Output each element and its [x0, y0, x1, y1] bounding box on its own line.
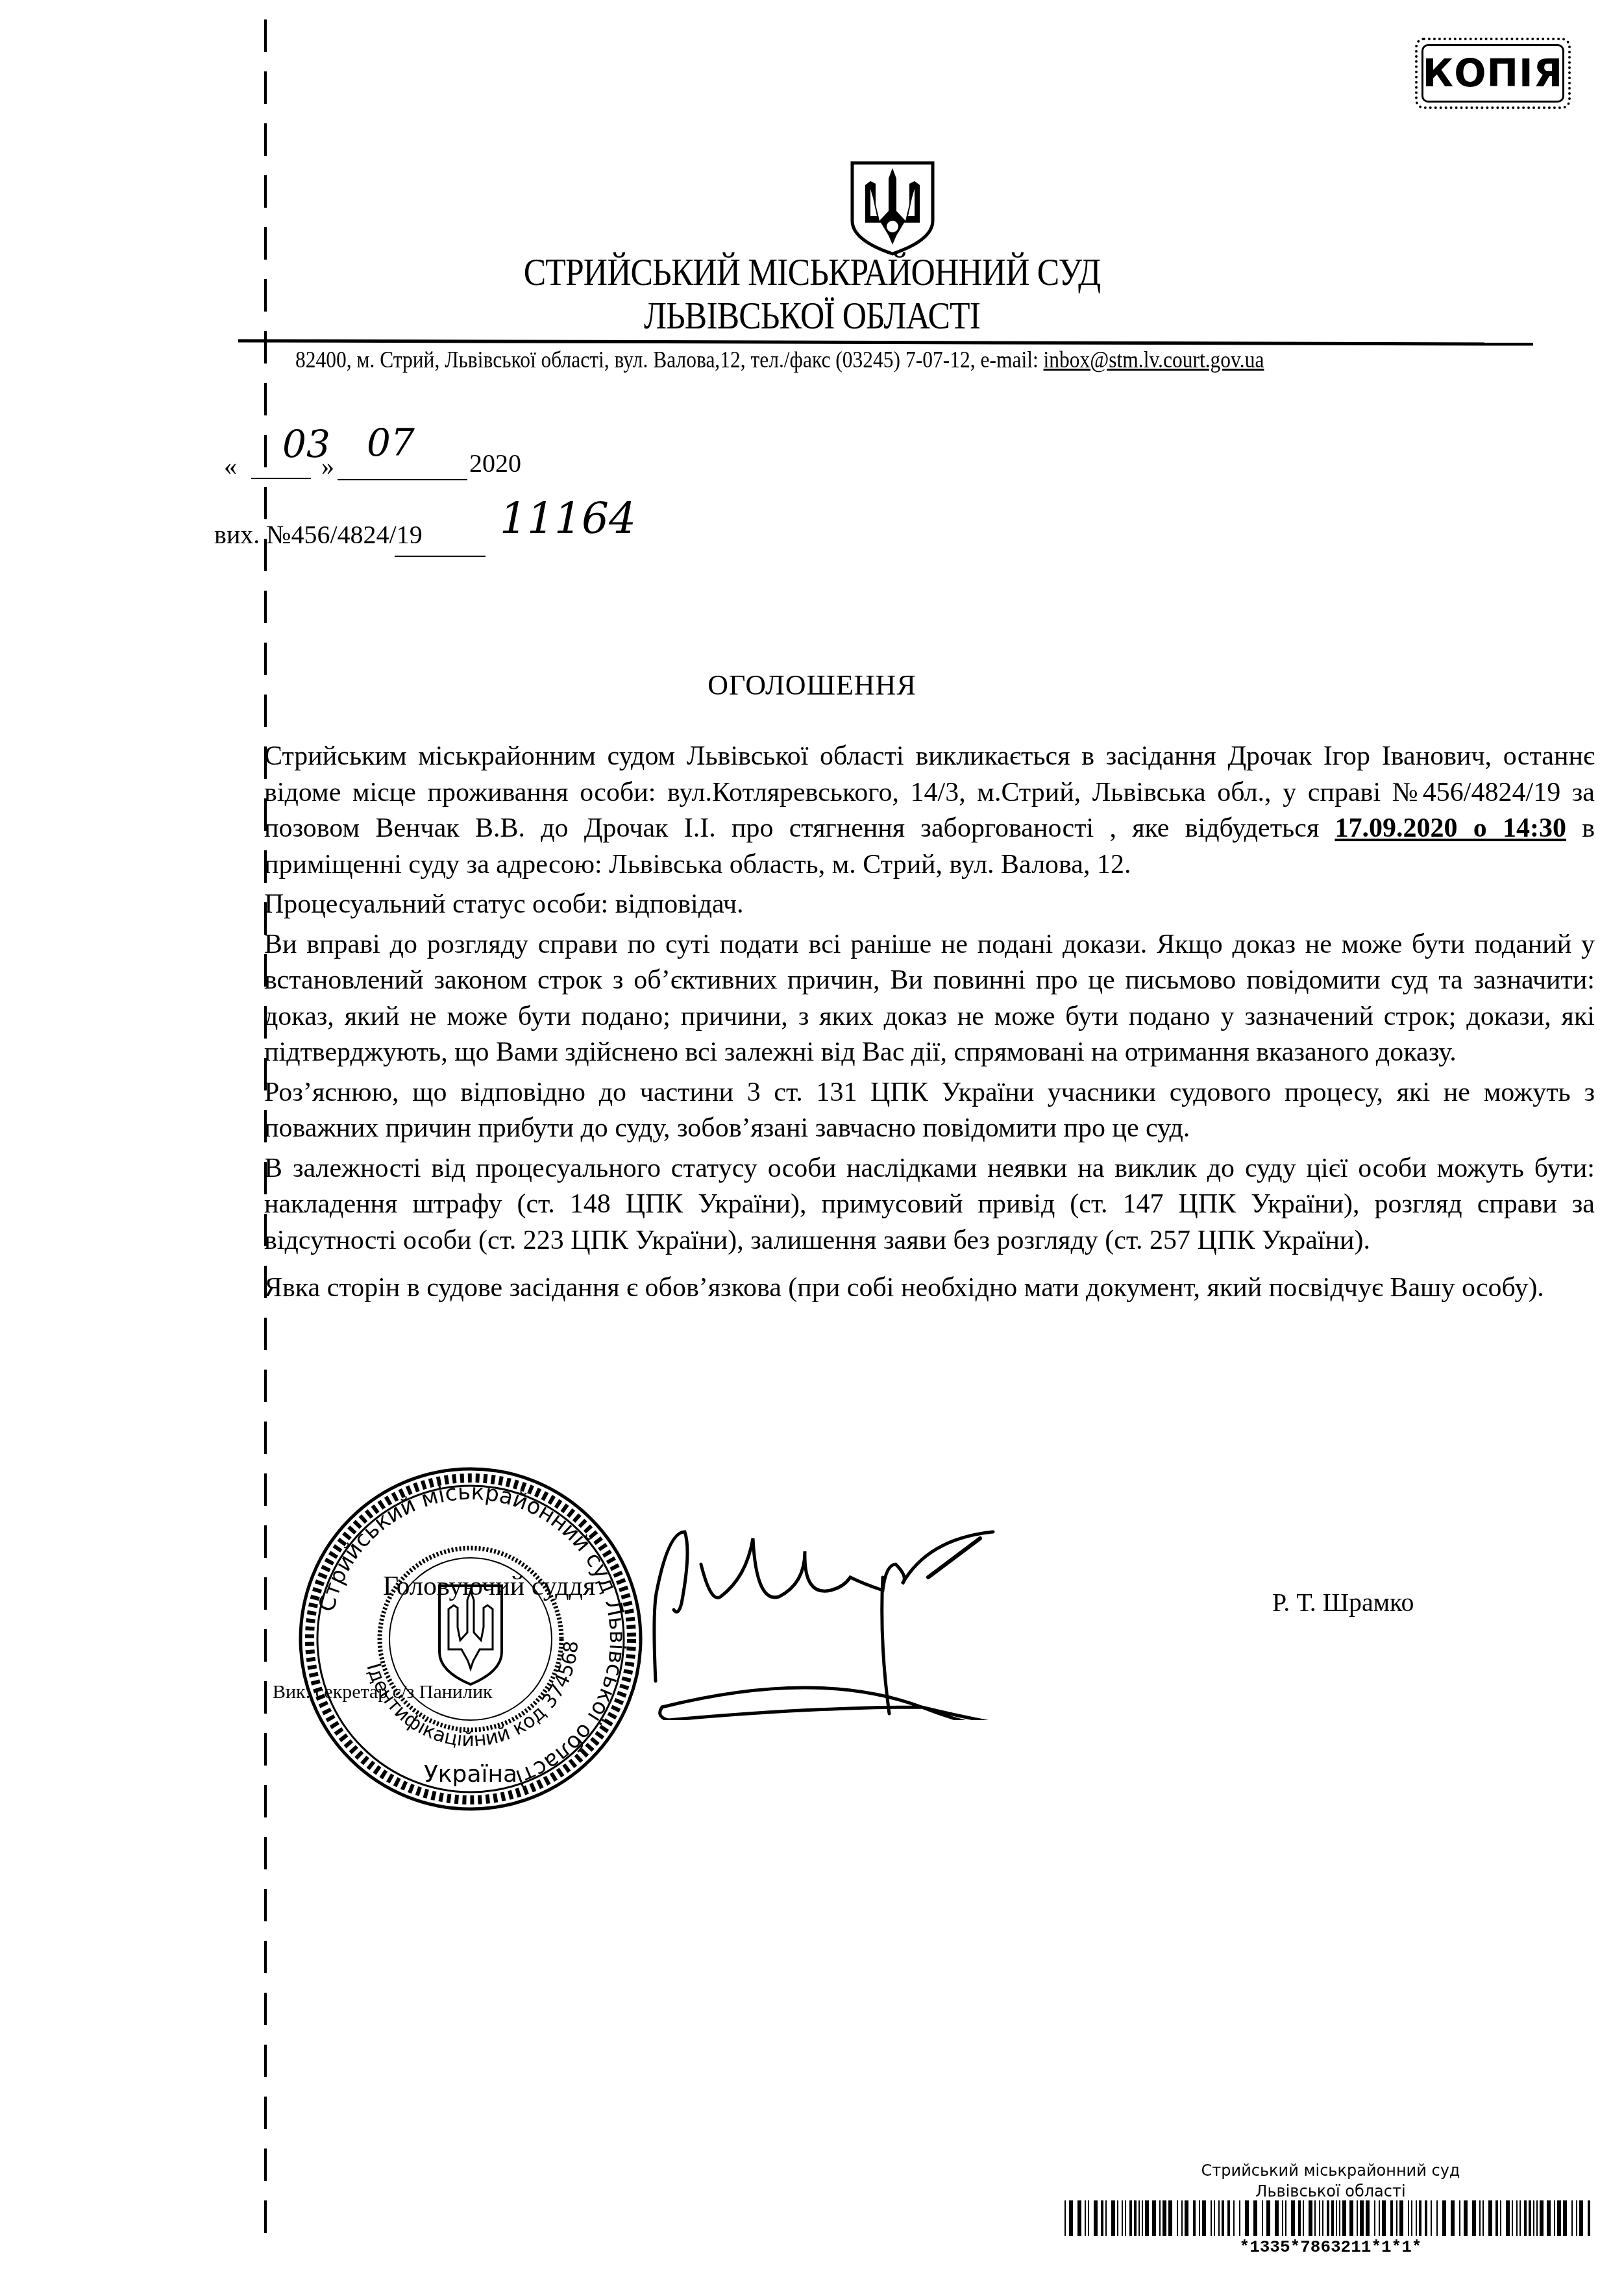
handwritten-month: 07: [367, 421, 415, 465]
copy-stamp: КОПІЯ: [1415, 38, 1571, 109]
day-underline: [251, 478, 311, 479]
secretary-label: Вик. секретар с/з Панилик: [273, 1681, 493, 1703]
outgoing-underline: [395, 556, 486, 557]
hearing-datetime: 17.09.2020 о 14:30: [1335, 813, 1566, 843]
court-address: 82400, м. Стрий, Львівської області, вул…: [295, 347, 1264, 373]
outgoing-number: вих. №456/4824/19: [214, 519, 423, 550]
announcement-body: Стрийським міськрайонним судом Львівсько…: [264, 739, 1595, 1307]
barcode-number: *1335*7863211*1*1*: [1039, 2237, 1623, 2257]
barcode-court-line2: Львівської області: [1039, 2182, 1623, 2200]
judge-name: Р. Т. Шрамко: [1272, 1587, 1414, 1618]
judge-signature: [649, 1512, 1272, 1720]
date-row: « 03 » 07 2020: [224, 441, 678, 487]
seal-bottom-text: Україна: [424, 1761, 517, 1788]
address-text: 82400, м. Стрий, Львівської області, вул…: [295, 347, 1044, 373]
month-underline: [338, 479, 467, 480]
header-divider: [238, 339, 1533, 345]
close-quote: »: [321, 450, 334, 481]
email-link[interactable]: inbox@stm.lv.court.gov.ua: [1044, 347, 1264, 373]
paragraph-status: Процесуальний статус особи: відповідач.: [264, 887, 1595, 923]
document-title: ОГОЛОШЕННЯ: [0, 669, 1624, 702]
paragraph-summons: Стрийським міськрайонним судом Львівсько…: [264, 739, 1595, 883]
barcode-court-line1: Стрийський міськрайонний суд: [1039, 2161, 1623, 2180]
handwritten-outgoing-number: 11164: [500, 493, 636, 543]
year: 2020: [469, 448, 521, 478]
open-quote: «: [224, 450, 237, 481]
outgoing-number-row: вих. №456/4824/19 11164: [214, 519, 669, 571]
paragraph-explanation: Роз’яснюю, що відповідно до частини 3 ст…: [264, 1075, 1595, 1147]
court-seal: Стрийський міськрайонний суд Львівської …: [295, 1464, 646, 1814]
presiding-judge-label: Головуючий суддя: [383, 1571, 595, 1602]
copy-stamp-label: КОПІЯ: [1423, 51, 1564, 95]
paragraph-consequences: В залежності від процесуального статусу …: [264, 1151, 1595, 1259]
paragraph-evidence: Ви вправі до розгляду справи по суті под…: [264, 927, 1595, 1071]
paragraph-attendance: Явка сторін в судове засідання є обов’яз…: [264, 1270, 1595, 1307]
court-name-line1: СТРИЙСЬКИЙ МІСЬКРАЙОННИЙ СУД: [114, 250, 1510, 295]
court-name-line2: ЛЬВІВСЬКОЇ ОБЛАСТІ: [114, 293, 1510, 338]
barcode: [1064, 2200, 1597, 2236]
coat-of-arms-icon: [847, 159, 938, 256]
